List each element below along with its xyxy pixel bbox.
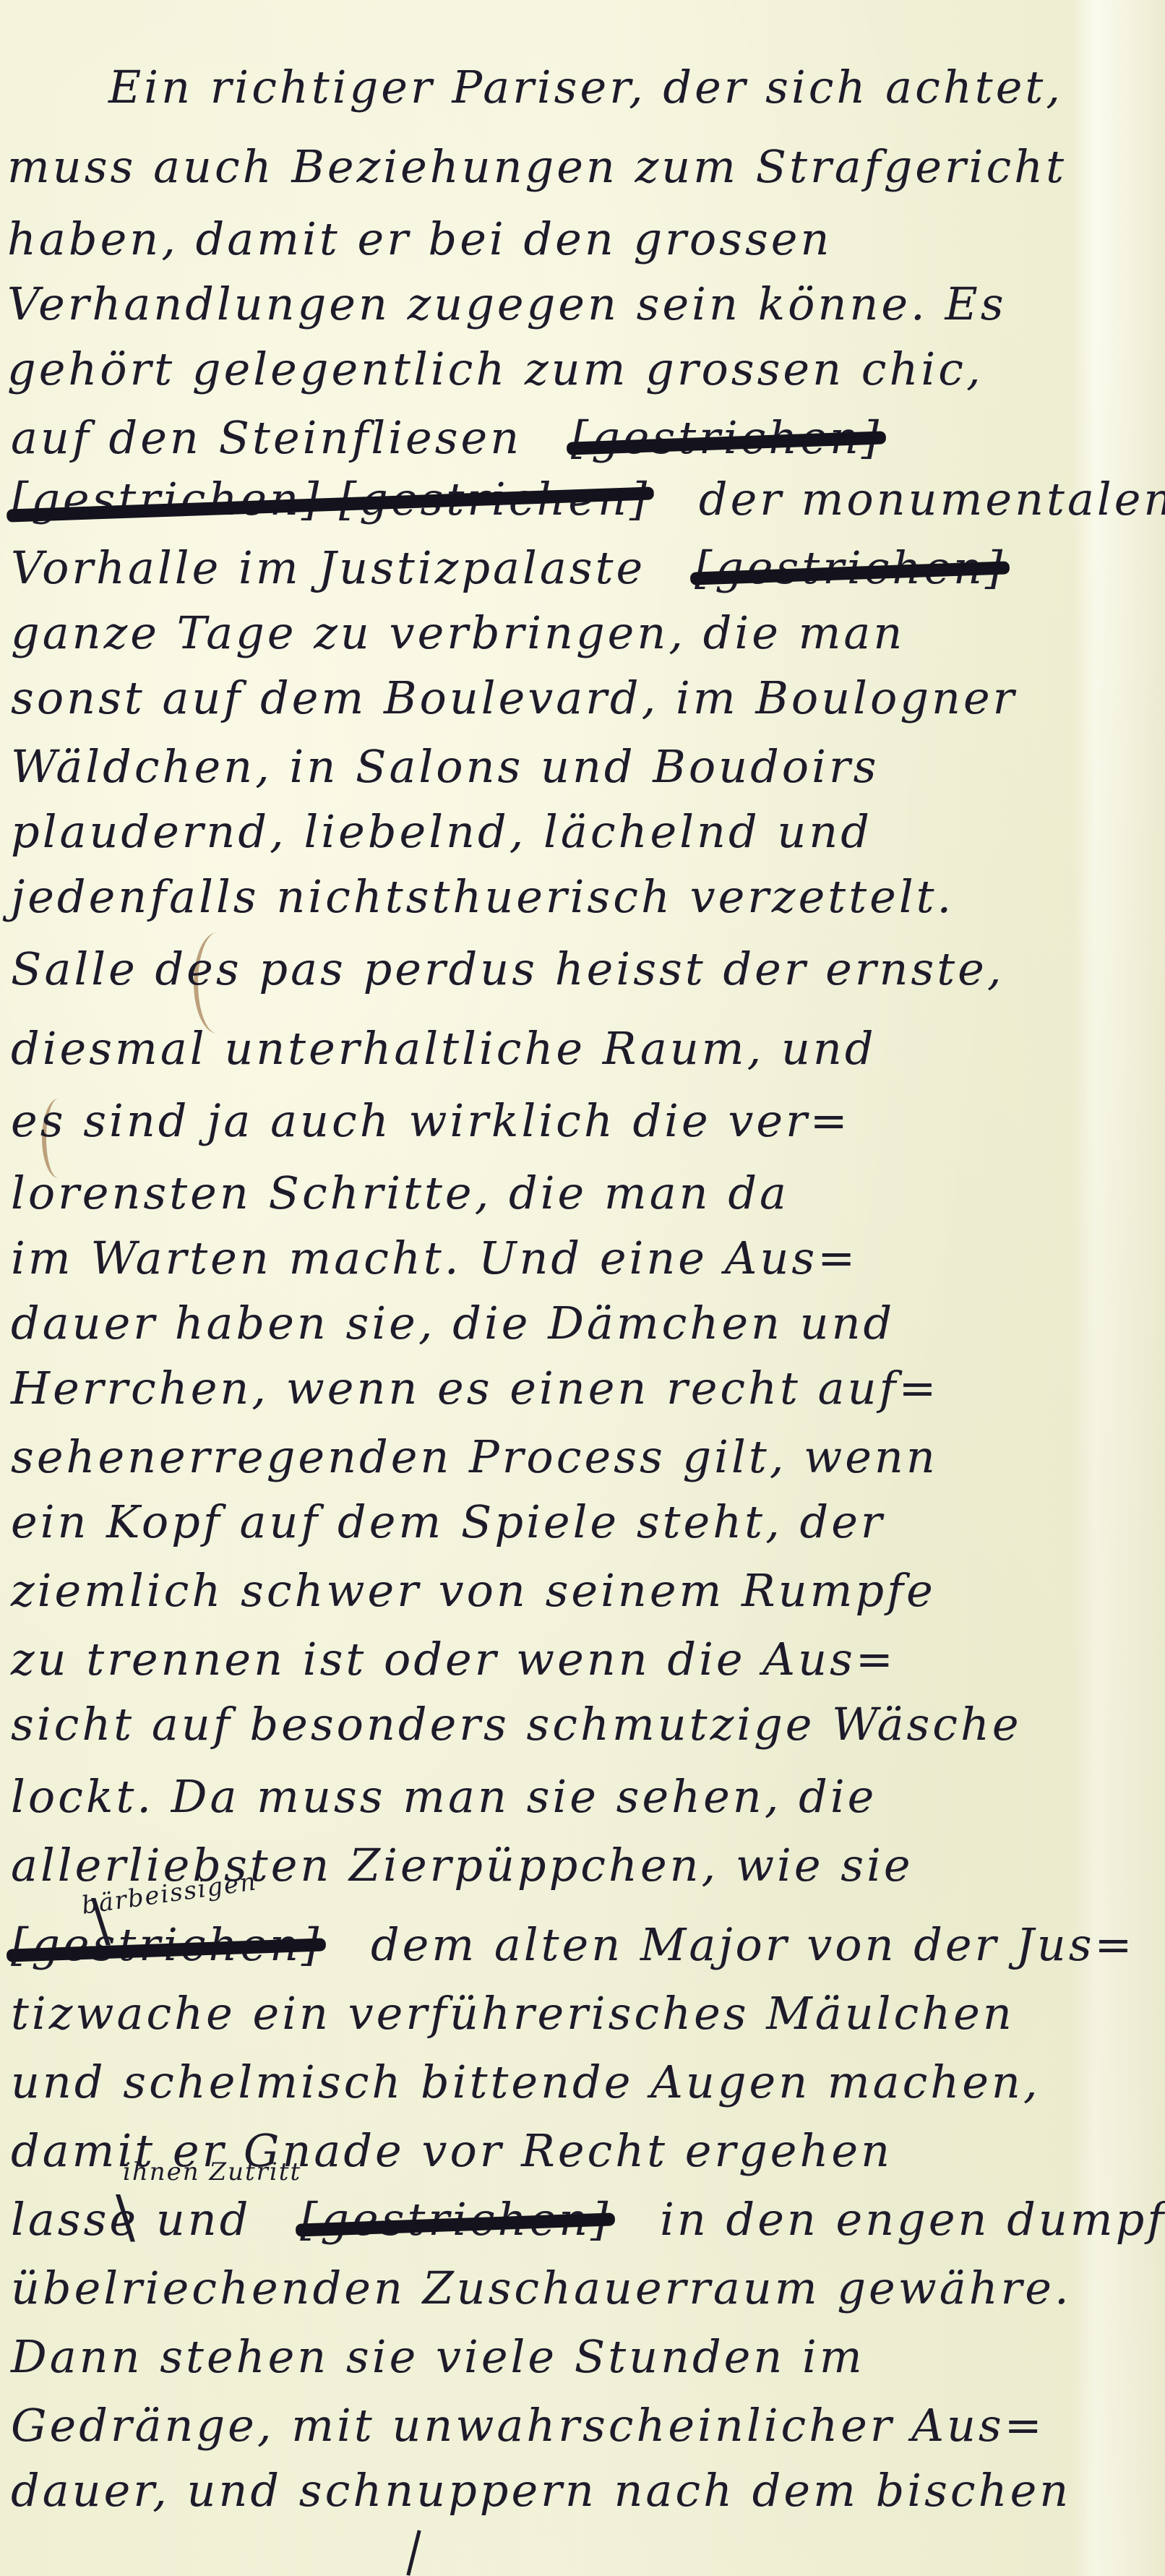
manuscript-line: Verhandlungen zugegen sein könne. Es xyxy=(7,282,1007,327)
manuscript-line: sicht auf besonders schmutzige Wäsche xyxy=(11,1702,1022,1747)
line-text: dem alten Major von der Jus= xyxy=(371,1923,1135,1967)
manuscript-line: übelriechenden Zuschauerraum gewähre. xyxy=(11,2266,1072,2311)
line-text: der monumentalen xyxy=(699,477,1165,522)
manuscript-line: auf den Steinfliesen [gestrichen] xyxy=(11,416,913,460)
manuscript-line: [gestrichen] [gestrichen] der monumental… xyxy=(11,477,1165,522)
struck-text: [gestrichen] xyxy=(571,416,882,460)
struck-text: [gestrichen] xyxy=(300,2197,611,2242)
manuscript-line: haben, damit er bei den grossen xyxy=(7,217,832,262)
manuscript-line: muss auch Beziehungen zum Strafgericht xyxy=(7,145,1067,189)
line-text: Vorhalle im Justizpalaste xyxy=(11,546,645,591)
struck-text: [gestrichen] xyxy=(695,546,1005,591)
struck-text: [gestrichen] xyxy=(11,1923,322,1967)
manuscript-line: Wäldchen, in Salons und Boudoirs xyxy=(11,744,879,789)
manuscript-line: es sind ja auch wirklich die ver= xyxy=(11,1099,851,1143)
manuscript-line: Ein richtiger Pariser, der sich achtet, xyxy=(108,65,1063,110)
manuscript-line: sonst auf dem Boulevard, im Boulogner xyxy=(11,676,1017,721)
manuscript-line: diesmal unterhaltliche Raum, und xyxy=(11,1026,877,1071)
line-text: lasse und xyxy=(11,2197,251,2242)
line-text: auf den Steinfliesen xyxy=(11,416,522,460)
manuscript-line: sehenerregenden Process gilt, wenn xyxy=(11,1435,938,1480)
manuscript-line: Salle des pas perdus heisst der ernste, xyxy=(11,947,1005,992)
manuscript-line: allerliebsten Zierpüppchen, wie sie xyxy=(11,1843,913,1888)
struck-text: [gestrichen] [gestrichen] xyxy=(11,477,650,522)
page-mark xyxy=(406,2530,421,2575)
manuscript-line: und schelmisch bittende Augen machen, xyxy=(11,2060,1041,2105)
manuscript-line: dauer haben sie, die Dämchen und xyxy=(11,1301,895,1346)
manuscript-line: lorensten Schritte, die man da xyxy=(11,1171,789,1216)
manuscript-line: tizwache ein verführerisches Mäulchen xyxy=(11,1991,1015,2036)
manuscript-line: ein Kopf auf dem Spiele steht, der xyxy=(11,1500,885,1545)
interlinear-insertion: ihnen Zutritt xyxy=(123,2158,301,2186)
manuscript-line: gehört gelegentlich zum grossen chic, xyxy=(7,347,984,392)
manuscript-line: Gedränge, mit unwahrscheinlicher Aus= xyxy=(11,2403,1045,2448)
manuscript-line: zu trennen ist oder wenn die Aus= xyxy=(11,1637,896,1682)
manuscript-line: jedenfalls nichtsthuerisch verzettelt. xyxy=(11,875,954,919)
manuscript-line: Vorhalle im Justizpalaste [gestrichen] xyxy=(11,546,1037,591)
manuscript-line: lockt. Da muss man sie sehen, die xyxy=(11,1774,877,1819)
manuscript-line: Herrchen, wenn es einen recht auf= xyxy=(11,1366,939,1411)
manuscript-line: Dann stehen sie viele Stunden im xyxy=(11,2335,865,2379)
manuscript-line: plaudernd, liebelnd, lächelnd und xyxy=(11,810,872,854)
manuscript-line: [gestrichen] dem alten Major von der Jus… xyxy=(11,1923,1165,1967)
manuscript-line: dauer, und schnuppern nach dem bischen xyxy=(11,2468,1071,2513)
manuscript-line: ziemlich schwer von seinem Rumpfe xyxy=(11,1568,936,1613)
manuscript-line: lasse und [gestrichen] in den engen dump… xyxy=(11,2197,1165,2242)
manuscript-page: Ein richtiger Pariser, der sich achtet, … xyxy=(0,0,1165,2576)
line-text: in den engen dumpfen xyxy=(660,2197,1165,2242)
manuscript-line: ganze Tage zu verbringen, die man xyxy=(11,611,905,656)
manuscript-line: im Warten macht. Und eine Aus= xyxy=(11,1236,858,1281)
